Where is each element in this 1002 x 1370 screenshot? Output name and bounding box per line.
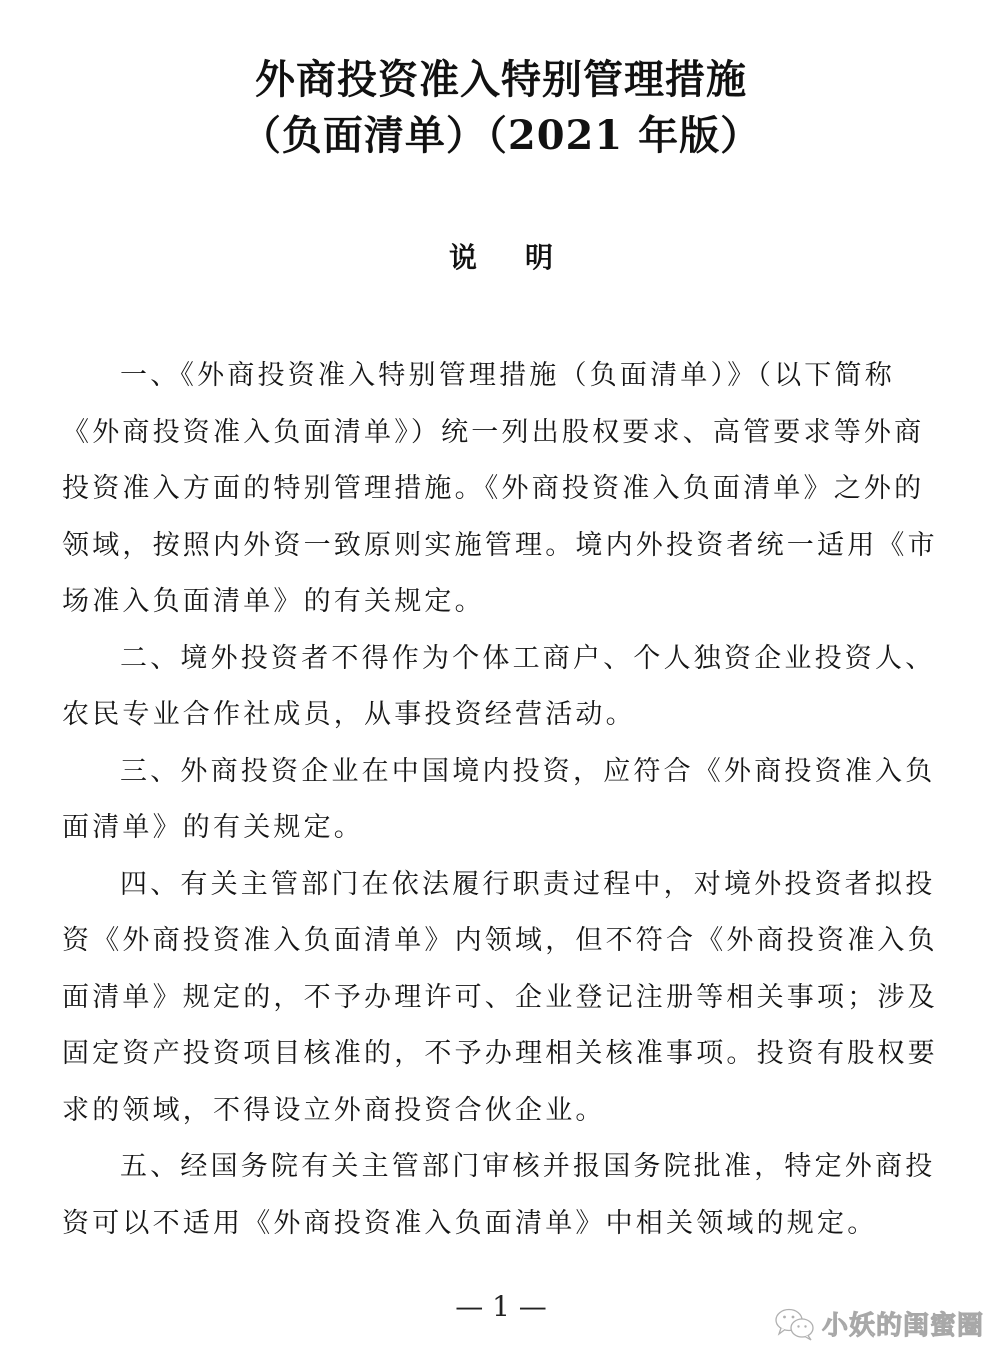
paragraph-5: 五、经国务院有关主管部门审核并报国务院批准，特定外商投 资可以不适用《外商投资准… [62, 1139, 926, 1252]
paragraph-line: 场准入负面清单》的有关规定。 [62, 574, 926, 631]
paragraph-line: 投资准入方面的特别管理措施。《外商投资准入负面清单》之外的 [62, 461, 926, 518]
watermark: 小妖的闺蜜圈 [774, 1305, 984, 1342]
paragraph-line: 《外商投资准入负面清单》）统一列出股权要求、高管要求等外商 [62, 405, 926, 462]
watermark-text: 小妖的闺蜜圈 [822, 1305, 984, 1342]
paragraph-line: 固定资产投资项目核准的，不予办理相关核准事项。投资有股权要 [62, 1026, 926, 1083]
paragraph-2: 二、境外投资者不得作为个体工商户、个人独资企业投资人、 农民专业合作社成员，从事… [62, 631, 926, 744]
paragraph-line: 资《外商投资准入负面清单》内领域，但不符合《外商投资准入负 [62, 913, 926, 970]
paragraph-line: 五、经国务院有关主管部门审核并报国务院批准，特定外商投 [62, 1139, 926, 1196]
paragraph-line: 资可以不适用《外商投资准入负面清单》中相关领域的规定。 [62, 1196, 926, 1253]
paragraph-line: 求的领域，不得设立外商投资合伙企业。 [62, 1083, 926, 1140]
section-heading-char-2: 明 [525, 236, 553, 276]
paragraph-line: 面清单》规定的，不予办理许可、企业登记注册等相关事项；涉及 [62, 970, 926, 1027]
paragraph-1: 一、《外商投资准入特别管理措施（负面清单）》（以下简称 《外商投资准入负面清单》… [62, 348, 926, 631]
paragraph-line: 一、《外商投资准入特别管理措施（负面清单）》（以下简称 [62, 348, 926, 405]
paragraph-line: 二、境外投资者不得作为个体工商户、个人独资企业投资人、 [62, 631, 926, 688]
title-line-2: （负面清单）（2021 年版） [0, 108, 1002, 164]
wechat-icon [774, 1307, 816, 1341]
document-body: 一、《外商投资准入特别管理措施（负面清单）》（以下简称 《外商投资准入负面清单》… [62, 348, 926, 1252]
paragraph-line: 农民专业合作社成员，从事投资经营活动。 [62, 687, 926, 744]
paragraph-line: 领域，按照内外资一致原则实施管理。境内外投资者统一适用《市 [62, 518, 926, 575]
section-heading: 说明 [0, 236, 1002, 276]
title-line-1: 外商投资准入特别管理措施 [0, 52, 1002, 108]
paragraph-line: 四、有关主管部门在依法履行职责过程中，对境外投资者拟投 [62, 857, 926, 914]
paragraph-line: 三、外商投资企业在中国境内投资，应符合《外商投资准入负 [62, 744, 926, 801]
paragraph-4: 四、有关主管部门在依法履行职责过程中，对境外投资者拟投 资《外商投资准入负面清单… [62, 857, 926, 1140]
section-heading-char-1: 说 [449, 236, 477, 276]
document-title: 外商投资准入特别管理措施 （负面清单）（2021 年版） [0, 52, 1002, 164]
paragraph-3: 三、外商投资企业在中国境内投资，应符合《外商投资准入负 面清单》的有关规定。 [62, 744, 926, 857]
paragraph-line: 面清单》的有关规定。 [62, 800, 926, 857]
